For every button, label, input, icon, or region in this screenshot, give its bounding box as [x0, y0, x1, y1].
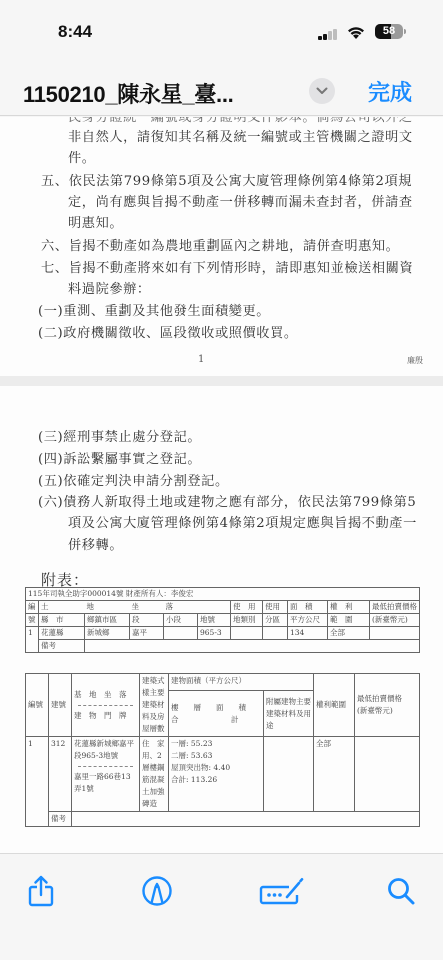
text-line: 民身分證統一編號或身分證明文件影本。倘為公司以外之 [68, 117, 413, 127]
document-page-2: (三)經刑事禁止處分登記。 (四)訴訟繫屬事實之登記。 (五)依確定判決申請分割… [0, 386, 443, 853]
remarks-value [72, 812, 420, 827]
document-viewer[interactable]: 民身分證統一編號或身分證明文件影本。倘為公司以外之 非自然人，請復知其名稱及統一… [0, 117, 443, 853]
header-rights: 權利範圍 [314, 674, 355, 737]
text-line: 定，尚有應與旨揭不動產一併移轉而漏未查封者，併請查 [68, 194, 413, 212]
text-line: (四)訴訟繫屬事實之登記。 [38, 451, 201, 469]
fill-and-sign-icon [259, 875, 305, 907]
header-no-top: 編 [26, 601, 39, 614]
share-icon [28, 875, 54, 907]
text-line: 併移轉。 [68, 537, 123, 555]
text-line: (二)政府機關徵收、區段徵收或照價收買。 [38, 325, 298, 343]
header-floor-area-cell: 樓 層 面 積 合 計 [169, 691, 264, 737]
nav-bar: 1150210_陳永星_臺... 完成 [0, 56, 443, 116]
header-building-no: 建號 [49, 674, 72, 737]
remarks-value [85, 640, 420, 653]
fill-and-sign-button[interactable] [258, 871, 306, 911]
markup-pen-icon [141, 875, 173, 907]
cell-section: 嘉平 [130, 627, 164, 640]
text-line: (一)重測、重劃及其他發生面積變更。 [38, 303, 270, 321]
bottom-toolbar [0, 853, 443, 960]
header-zone-bottom: 分區 [263, 614, 288, 627]
text-line: 五、依民法第799條第5項及公寓大廈管理條例第4條第2項規 [41, 173, 412, 191]
building-table: 編號 建號 基 地 坐 落 建 物 門 牌 建築式樣主要建築材料及房屋層數 建物… [25, 673, 420, 827]
header-use-type-bottom: 地類別 [231, 614, 263, 627]
text-line: (五)依確定判決申請分割登記。 [38, 473, 229, 491]
header-section: 段 [130, 614, 164, 627]
header-no-bottom: 號 [26, 614, 39, 627]
table-row: 1 312 花蓮縣新城鄉嘉平段965-3地號 嘉里一路66巷13弄1號 住 家用… [26, 737, 420, 812]
text-line: 非自然人，請復知其名稱及統一編號或主管機關之證明文 [68, 129, 413, 147]
cell-structure: 住 家用、2層樓鋼筋混凝土加強磚造 [140, 737, 169, 812]
wifi-icon [346, 25, 366, 40]
cell-lot-no: 965-3 [198, 627, 231, 640]
header-min-price-top: 最低拍賣價格 [357, 693, 417, 705]
header-location-2: 地 [85, 601, 130, 614]
cell-base-location: 花蓮縣新城鄉嘉平段965-3地號 [74, 738, 137, 762]
header-location-1: 土 [39, 601, 85, 614]
header-subsection: 小段 [164, 614, 198, 627]
text-line: 料過院參辦： [68, 281, 151, 299]
header-location-4: 落 [164, 601, 198, 614]
search-button[interactable] [381, 871, 421, 911]
divider [78, 705, 133, 706]
text-line: (三)經刑事禁止處分登記。 [38, 429, 201, 447]
text-line: 明惠知。 [68, 215, 123, 233]
header-door-plate: 建 物 門 牌 [74, 710, 137, 722]
text-line: 七、旨揭不動產將來如有下列情形時，請即惠知並檢送相關資 [41, 260, 413, 278]
header-min-price-bottom: (新臺幣元) [370, 614, 420, 627]
header-total: 合 計 [171, 714, 261, 726]
battery-level: 58 [375, 24, 403, 39]
header-annex-building: 附屬建物主要建築材料及用途 [264, 691, 314, 737]
header-rights-bottom: 範 圍 [328, 614, 370, 627]
header-zone-top: 使用 [263, 601, 288, 614]
cell-min-price [355, 737, 420, 812]
search-icon [386, 876, 416, 906]
header-area-group: 建物面積（平方公尺） [169, 674, 314, 691]
battery-cap [404, 29, 406, 34]
cell-county: 花蓮縣 [39, 627, 85, 640]
cell-location: 花蓮縣新城鄉嘉平段965-3地號 嘉里一路66巷13弄1號 [72, 737, 140, 812]
table-row: 1 花蓮縣 新城鄉 嘉平 965-3 134 全部 [26, 627, 420, 640]
cell-zone [263, 627, 288, 640]
cell-use-type [231, 627, 263, 640]
cell-door-plate: 嘉里一路66巷13弄1號 [74, 771, 137, 795]
page-number: 1 [198, 354, 204, 365]
header-use-type-top: 使 用 [231, 601, 263, 614]
cell-township: 新城鄉 [85, 627, 130, 640]
title-menu-button[interactable] [309, 78, 335, 104]
header-min-price: 最低拍賣價格 (新臺幣元) [355, 674, 420, 737]
header-area-bottom: 平方公尺 [288, 614, 328, 627]
header-location: 基 地 坐 落 建 物 門 牌 [72, 674, 140, 737]
header-structure: 建築式樣主要建築材料及房屋層數 [140, 674, 169, 737]
header-location-3: 坐 [130, 601, 164, 614]
cell-rights: 全部 [328, 627, 370, 640]
cellular-signal-icon [318, 28, 340, 40]
status-time: 8:44 [58, 22, 92, 42]
header-min-price-top: 最低拍賣價格 [370, 601, 420, 614]
done-button[interactable]: 完成 [368, 76, 412, 107]
cell-no: 1 [26, 627, 39, 653]
cell-building-no: 312 [49, 737, 72, 812]
divider [78, 766, 133, 767]
header-location-spacer [198, 601, 231, 614]
cell-area: 134 [288, 627, 328, 640]
share-button[interactable] [21, 871, 61, 911]
header-min-price-bottom: (新臺幣元) [357, 705, 417, 717]
floor-area-line: 屋頂突出物: 4.40 [171, 762, 261, 774]
header-rights-top: 權 利 [328, 601, 370, 614]
page-footer-mark: 廉殷 [407, 355, 423, 366]
document-page-1: 民身分證統一編號或身分證明文件影本。倘為公司以外之 非自然人，請復知其名稱及統一… [0, 117, 443, 376]
status-bar: 8:44 58 [0, 0, 443, 56]
header-no: 編號 [26, 674, 49, 737]
cell-subsection [164, 627, 198, 640]
floor-area-line: 合計: 113.26 [171, 774, 261, 786]
battery-icon: 58 [375, 24, 403, 39]
remarks-label: 備考 [49, 812, 72, 827]
text-line: (六)債務人新取得土地或建物之應有部分，依民法第799條第5 [38, 494, 416, 512]
remarks-label: 備考 [39, 640, 85, 653]
header-lot-no: 地號 [198, 614, 231, 627]
header-floor-area: 樓 層 面 積 [171, 702, 261, 714]
cell-rights: 全部 [314, 737, 355, 812]
header-township: 鄉鎮市區 [85, 614, 130, 627]
cell-floor-areas: 一層: 55.23 二層: 53.63 屋頂突出物: 4.40 合計: 113.… [169, 737, 264, 812]
markup-button[interactable] [137, 871, 177, 911]
floor-area-line: 二層: 53.63 [171, 750, 261, 762]
cell-annex-building [264, 737, 314, 812]
text-line: 六、旨揭不動產如為農地重劃區內之耕地，請併查明惠知。 [41, 238, 399, 256]
text-line: 項及公寓大廈管理條例第4條第2項規定應與旨揭不動產一 [68, 515, 417, 533]
header-base-location: 基 地 坐 落 [74, 689, 137, 701]
cell-min-price [370, 627, 420, 640]
header-area-top: 面 積 [288, 601, 328, 614]
document-title[interactable]: 1150210_陳永星_臺... [23, 78, 233, 109]
floor-area-line: 一層: 55.23 [171, 738, 261, 750]
case-line: 115年司執全助字000014號 財產所有人：李俊宏 [26, 588, 420, 601]
chevron-down-icon [316, 87, 328, 95]
header-county: 縣 市 [39, 614, 85, 627]
cell-no: 1 [26, 737, 49, 827]
text-line: 件。 [68, 150, 96, 168]
land-table: 115年司執全助字000014號 財產所有人：李俊宏 編 土 地 坐 落 使 用… [25, 587, 420, 653]
